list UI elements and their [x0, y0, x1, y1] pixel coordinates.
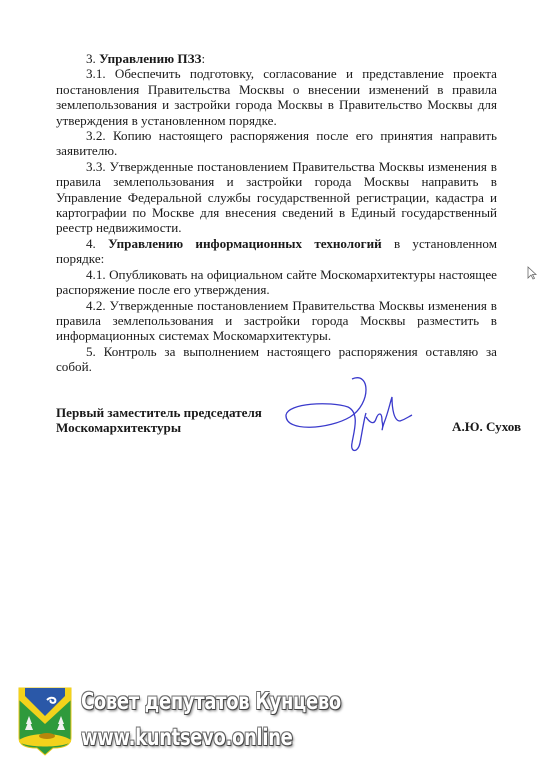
section-3-1: 3.1. Обеспечить подготовку, согласование…	[56, 66, 497, 128]
mouse-cursor-icon	[527, 266, 537, 280]
document-body: 3. Управлению ПЗЗ: 3.1. Обеспечить подго…	[56, 51, 497, 375]
watermark-title: Совет депутатов Кунцево	[81, 689, 341, 715]
signatory-name: А.Ю. Сухов	[452, 419, 521, 434]
section-3-2: 3.2. Копию настоящего распоряжения после…	[56, 128, 497, 159]
watermark-url: www.kuntsevo.online	[81, 725, 293, 751]
section-5: 5. Контроль за выполнением настоящего ра…	[56, 344, 497, 375]
section-3-heading: 3. Управлению ПЗЗ:	[56, 51, 497, 66]
coat-of-arms-icon	[17, 686, 73, 756]
document-page: 3. Управлению ПЗЗ: 3.1. Обеспечить подго…	[0, 0, 544, 768]
section-4-heading: 4. Управлению информационных технологий …	[56, 236, 497, 267]
section-4-2: 4.2. Утвержденные постановлением Правите…	[56, 298, 497, 344]
watermark: Совет депутатов Кунцево www.kuntsevo.onl…	[17, 686, 317, 764]
section-3-3: 3.3. Утвержденные постановлением Правите…	[56, 159, 497, 236]
signatory-position: Первый заместитель председателя Москомар…	[56, 405, 276, 436]
section-4-1: 4.1. Опубликовать на официальном сайте М…	[56, 267, 497, 298]
handwritten-signature	[280, 373, 420, 455]
